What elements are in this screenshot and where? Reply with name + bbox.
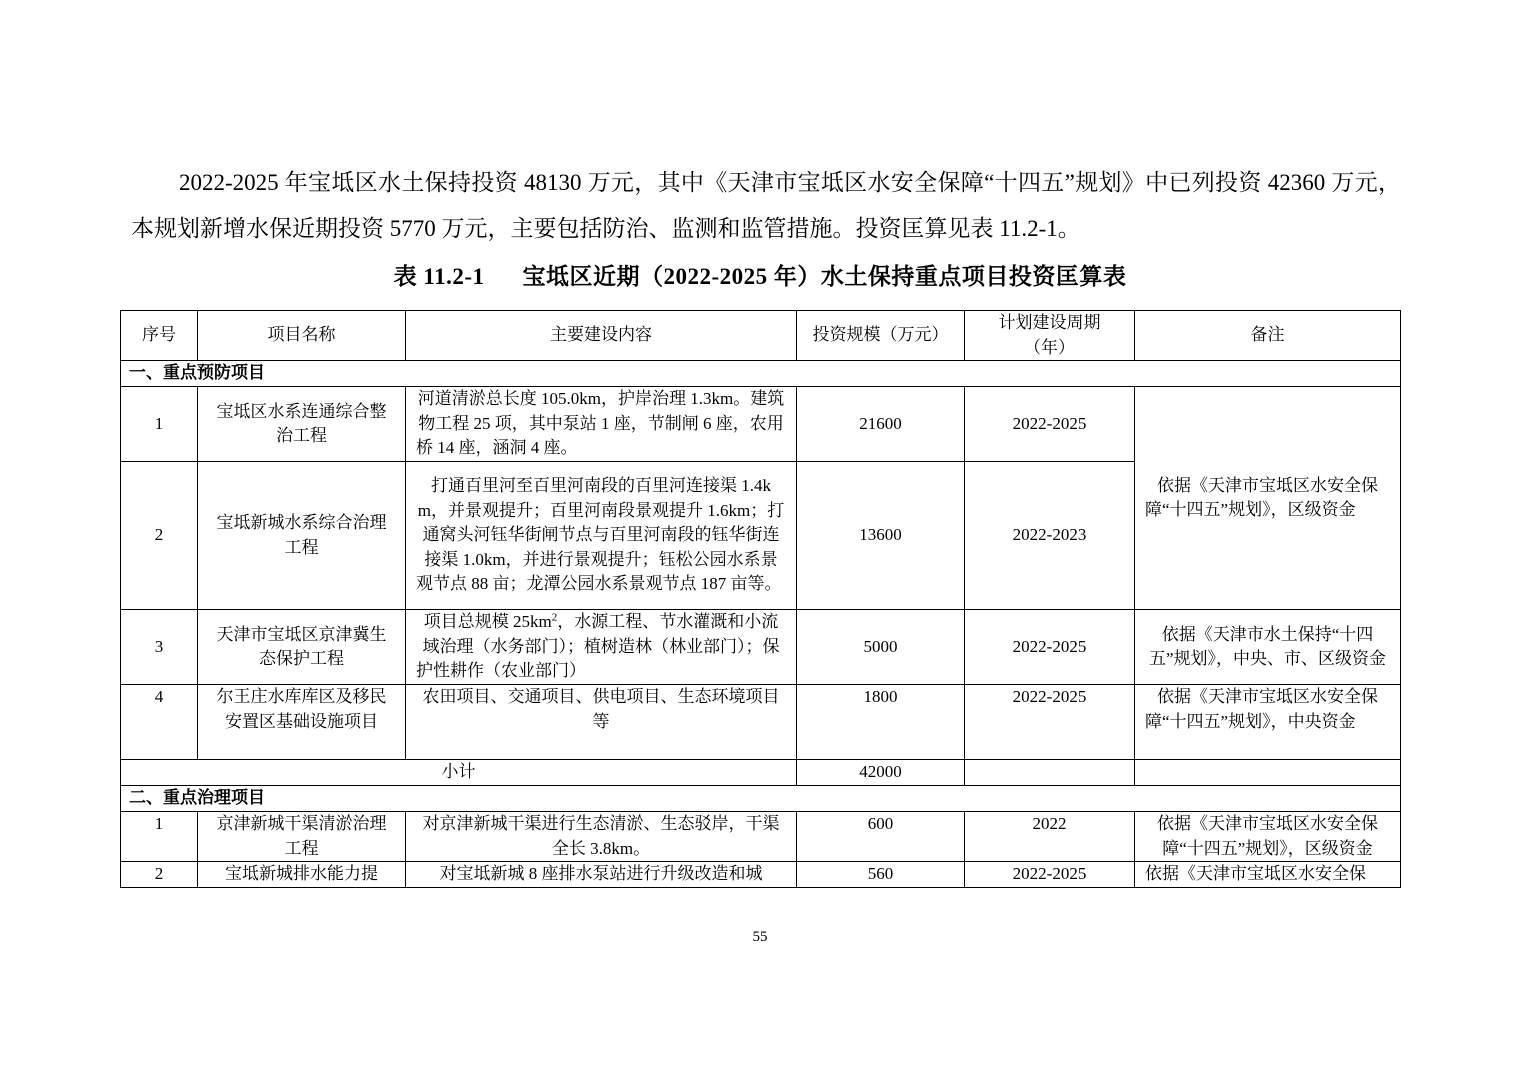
cell-investment: 600 [797,812,965,862]
cell-content: 项目总规模 25km2，水源工程、节水灌溉和小流域治理（水务部门）；植树造林（林… [406,610,797,685]
table-row: 2 宝坻新城排水能力提 对宝坻新城 8 座排水泵站进行升级改造和城 560 20… [121,862,1401,888]
table-row: 1 宝坻区水系连通综合整治工程 河道清淤总长度 105.0km，护岸治理 1.3… [121,387,1401,462]
cell-no: 1 [121,387,198,462]
cell-period: 2022-2025 [965,862,1135,888]
cell-name: 尔王庄水库库区及移民安置区基础设施项目 [198,685,406,760]
page-number: 55 [0,929,1520,946]
subtotal-investment: 42000 [797,760,965,786]
cell-investment: 13600 [797,462,965,610]
cell-name: 宝坻区水系连通综合整治工程 [198,387,406,462]
cell-note: 依据《天津市宝坻区水安全保障“十四五”规划》，区级资金 [1135,812,1401,862]
header-period: 计划建设周期（年） [965,311,1135,361]
cell-note: 依据《天津市宝坻区水安全保障“十四五”规划》，中央资金 [1135,685,1401,760]
cell-no: 2 [121,862,198,888]
subtotal-period [965,760,1135,786]
table-header-row: 序号 项目名称 主要建设内容 投资规模（万元） 计划建设周期（年） 备注 [121,311,1401,361]
section-title: 一、重点预防项目 [121,361,1401,387]
cell-period: 2022-2025 [965,685,1135,760]
cell-content: 河道清淤总长度 105.0km，护岸治理 1.3km。建筑物工程 25 项，其中… [406,387,797,462]
cell-note: 依据《天津市宝坻区水安全保 [1135,862,1401,888]
table-row: 3 天津市宝坻区京津冀生态保护工程 项目总规模 25km2，水源工程、节水灌溉和… [121,610,1401,685]
header-note: 备注 [1135,311,1401,361]
subtotal-row: 小计 42000 [121,760,1401,786]
table-number: 表 11.2-1 [394,264,485,289]
cell-name: 宝坻新城水系综合治理工程 [198,462,406,610]
header-investment: 投资规模（万元） [797,311,965,361]
intro-paragraph: 2022-2025 年宝坻区水土保持投资 48130 万元，其中《天津市宝坻区水… [131,160,1401,252]
cell-note: 依据《天津市宝坻区水安全保障“十四五”规划》，区级资金 [1135,387,1401,610]
section-row: 二、重点治理项目 [121,786,1401,812]
cell-no: 4 [121,685,198,760]
cell-content: 农田项目、交通项目、供电项目、生态环境项目等 [406,685,797,760]
cell-name: 京津新城干渠清淤治理工程 [198,812,406,862]
cell-investment: 1800 [797,685,965,760]
table-title: 宝坻区近期（2022-2025 年）水土保持重点项目投资匡算表 [522,264,1126,289]
table-row: 4 尔王庄水库库区及移民安置区基础设施项目 农田项目、交通项目、供电项目、生态环… [121,685,1401,760]
cell-investment: 5000 [797,610,965,685]
cell-no: 3 [121,610,198,685]
cell-note: 依据《天津市水土保持“十四五”规划》，中央、市、区级资金 [1135,610,1401,685]
table-row: 1 京津新城干渠清淤治理工程 对京津新城干渠进行生态清淤、生态驳岸，干渠全长 3… [121,812,1401,862]
section-title: 二、重点治理项目 [121,786,1401,812]
cell-name: 宝坻新城排水能力提 [198,862,406,888]
cell-name: 天津市宝坻区京津冀生态保护工程 [198,610,406,685]
cell-investment: 21600 [797,387,965,462]
header-name: 项目名称 [198,311,406,361]
cell-no: 2 [121,462,198,610]
investment-table: 序号 项目名称 主要建设内容 投资规模（万元） 计划建设周期（年） 备注 一、重… [120,310,1401,888]
cell-content: 对京津新城干渠进行生态清淤、生态驳岸，干渠全长 3.8km。 [406,812,797,862]
cell-period: 2022 [965,812,1135,862]
cell-period: 2022-2025 [965,387,1135,462]
subtotal-note [1135,760,1401,786]
header-no: 序号 [121,311,198,361]
cell-content: 对宝坻新城 8 座排水泵站进行升级改造和城 [406,862,797,888]
header-content: 主要建设内容 [406,311,797,361]
cell-period: 2022-2023 [965,462,1135,610]
cell-investment: 560 [797,862,965,888]
content-text: 项目总规模 25km [424,612,552,631]
cell-period: 2022-2025 [965,610,1135,685]
subtotal-label: 小计 [121,760,797,786]
section-row: 一、重点预防项目 [121,361,1401,387]
table-caption: 表 11.2-1宝坻区近期（2022-2025 年）水土保持重点项目投资匡算表 [0,258,1520,291]
cell-no: 1 [121,812,198,862]
cell-content: 打通百里河至百里河南段的百里河连接渠 1.4km，并景观提升；百里河南段景观提升… [406,462,797,610]
